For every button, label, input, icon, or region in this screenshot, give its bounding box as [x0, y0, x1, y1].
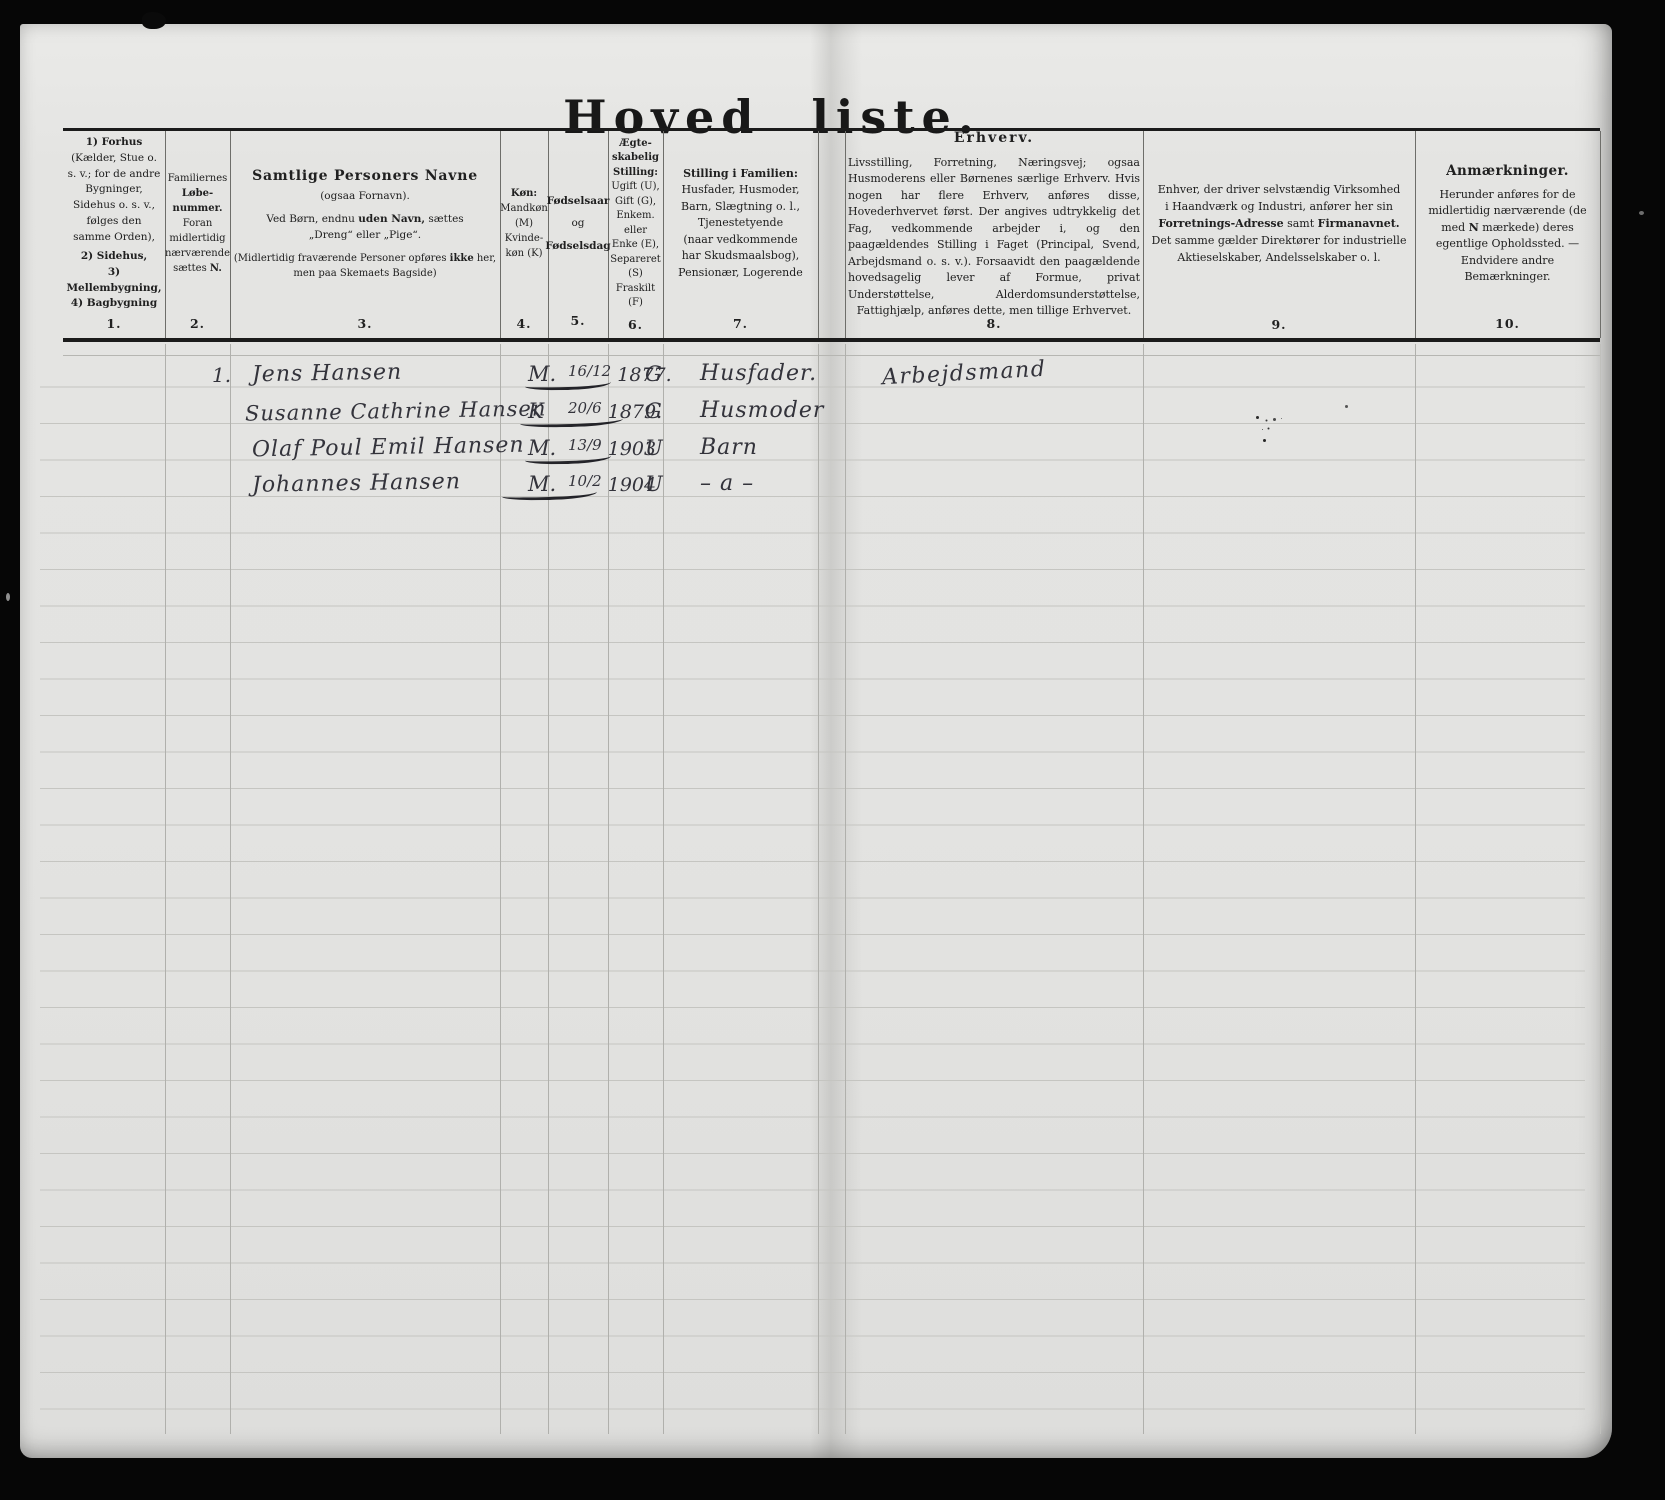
census-row-2: Susanne Cathrine Hansen K 20/6 1879. G H… — [20, 387, 1612, 424]
col9-line-bold: Forretnings-Adresse samt Firmanavnet. — [1158, 215, 1399, 232]
marital-status: G — [645, 401, 662, 422]
column-header-bygning: 1) Forhus (Kælder, Stue o. s. v.; for de… — [63, 131, 165, 338]
col3-title: Samtlige Personers Navne — [252, 166, 478, 187]
column-number-7: 7. — [663, 315, 818, 334]
family-number: 1. — [212, 365, 231, 385]
col2-line: Familiernes — [168, 171, 228, 186]
col1-bagbygning: 4) Bagbygning — [71, 296, 157, 312]
person-name: Johannes Hansen — [252, 471, 461, 497]
column-header-aegteskabelig: Ægte- skabelig Stilling: Ugift (U), Gift… — [608, 131, 663, 338]
col9-line: Aktieselskaber, Andelsselskaber o. l. — [1177, 249, 1380, 266]
col10-title: Anmærkninger. — [1446, 161, 1569, 181]
column-number-6: 6. — [608, 316, 663, 334]
census-row-4: Johannes Hansen M. 10/2 1904 U – a – — [20, 460, 1612, 497]
census-form-paper: Hoved liste. 1) Forhus (Kæld — [20, 24, 1612, 1458]
column-number-1: 1. — [63, 315, 165, 334]
col1-note: (Kælder, Stue o. s. v.; for de andre Byg… — [66, 151, 162, 246]
col3-note1: Ved Børn, endnu uden Navn, sættes — [266, 212, 463, 228]
column-divider — [608, 344, 609, 1434]
column-number-10: 10. — [1415, 315, 1600, 334]
col3-note4: men paa Skemaets Bagside) — [293, 266, 436, 281]
col2-line: nummer. — [173, 201, 223, 216]
family-position: Husmoder — [700, 400, 824, 422]
person-name: Jens Hansen — [252, 362, 403, 387]
person-name: Susanne Cathrine Hansen — [245, 398, 547, 424]
family-position: Barn — [700, 437, 758, 459]
col2-note: Foran midlertidig nærværende sættes N. — [165, 216, 230, 276]
col5-line: Fødselsaar — [547, 190, 610, 212]
ink-speck — [1345, 405, 1348, 408]
family-position: – a – — [700, 473, 754, 495]
column-header-lobenummer: Familiernes Løbe- nummer. Foran midlerti… — [165, 131, 230, 338]
col5-line: Fødselsdag — [545, 235, 610, 257]
col8-title: Erhverv. — [954, 128, 1034, 149]
header-rule — [63, 338, 1600, 342]
col6-body: Ugift (U), Gift (G), Enkem. eller Enke (… — [610, 180, 661, 311]
scan-speck — [1639, 211, 1644, 215]
column-number-8: 8. — [845, 315, 1143, 334]
scanned-census-page: Hoved liste. 1) Forhus (Kæld — [0, 0, 1665, 1500]
col1-sidehus: 2) Sidehus, — [81, 249, 147, 265]
column-number-4: 4. — [500, 315, 548, 334]
column-divider — [1143, 344, 1144, 1434]
scan-blemish — [142, 12, 166, 29]
col6-title: Ægte- skabelig Stilling: — [612, 137, 659, 181]
column-header-navne: Samtlige Personers Navne (ogsaa Fornavn)… — [230, 131, 500, 338]
column-header-erhverv: Erhverv. Livsstilling, Forretning, Nærin… — [845, 131, 1143, 338]
column-divider — [1415, 344, 1416, 1434]
column-divider — [845, 344, 846, 1434]
col1-forhus: 1) Forhus — [86, 135, 143, 151]
column-divider — [818, 344, 819, 1434]
column-divider — [663, 344, 664, 1434]
col8-body: Livsstilling, Forretning, Næringsvej; og… — [848, 155, 1140, 320]
table-right-edge — [1600, 344, 1601, 1434]
column-divider — [165, 344, 166, 1434]
census-row-1: 1. Jens Hansen M. 16/12 1877. G Husfader… — [20, 350, 1612, 387]
col3-note3: (Midlertidig fraværende Personer opføres… — [234, 251, 496, 266]
person-name: Olaf Poul Emil Hansen — [252, 434, 525, 461]
column-header-fodsel: Fødselsaar og Fødselsdag 5. — [548, 131, 608, 338]
column-number-9: 9. — [1143, 315, 1415, 334]
column-divider — [500, 344, 501, 1434]
col2-line: Løbe- — [182, 186, 213, 201]
column-header-anmaerkninger: Anmærkninger. Herunder anføres for de mi… — [1415, 131, 1600, 338]
col1-mellembygning: 3) Mellembygning, — [66, 265, 162, 297]
column-divider — [818, 131, 819, 338]
col10-body: Herunder anføres for de midlertidig nærv… — [1418, 187, 1597, 286]
column-number-5: 5. — [548, 308, 608, 334]
marital-status: U — [645, 474, 663, 495]
col3-note2: „Dreng“ eller „Pige“. — [309, 228, 421, 244]
col3-sub: (ogsaa Fornavn). — [320, 189, 410, 205]
column-divider — [230, 344, 231, 1434]
col9-line: Enhver, der driver selvstændig Virksomhe… — [1158, 181, 1401, 198]
column-header-stilling: Stilling i Familien: Husfader, Husmoder,… — [663, 131, 818, 338]
ink-speck-cluster — [1256, 416, 1259, 419]
col9-line: Det samme gælder Direktører for industri… — [1152, 232, 1407, 249]
row-line-layer — [40, 351, 1585, 1413]
census-row-3: Olaf Poul Emil Hansen M. 13/9 1903 U Bar… — [20, 424, 1612, 461]
column-divider — [548, 344, 549, 1434]
column-number-3: 3. — [230, 315, 500, 334]
col7-body: Husfader, Husmoder, Barn, Slægtning o. l… — [678, 182, 803, 281]
column-header-kon: Køn: Mandkøn (M) Kvinde- køn (K) 4. — [500, 131, 548, 338]
col4-body: Mandkøn (M) Kvinde- køn (K) — [500, 201, 548, 261]
column-number-2: 2. — [165, 315, 230, 334]
col4-title: Køn: — [511, 186, 537, 201]
column-divider — [1600, 131, 1601, 338]
col5-line: og — [571, 212, 584, 234]
marital-status: U — [645, 438, 663, 459]
col9-line: i Haandværk og Industri, anfører her sin — [1165, 198, 1393, 215]
column-header-virksomhed: Enhver, der driver selvstændig Virksomhe… — [1143, 131, 1415, 338]
occupation: Arbejdsmand — [882, 359, 1047, 390]
family-position: Husfader. — [700, 363, 817, 385]
marital-status: G — [645, 364, 662, 385]
col7-title: Stilling i Familien: — [683, 166, 798, 183]
scan-speck — [6, 593, 10, 601]
